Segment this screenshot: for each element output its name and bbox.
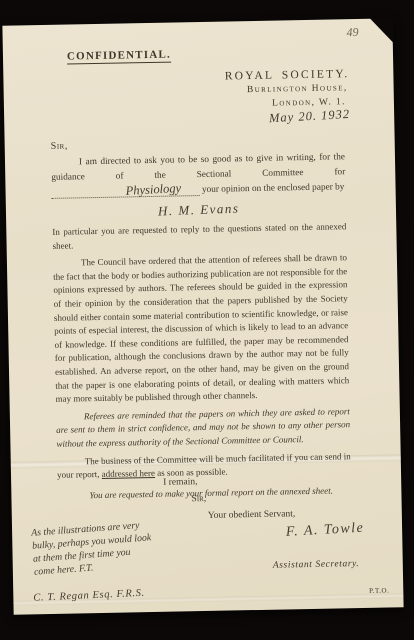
paragraph-request-tail: your opinion on the enclosed paper by [202, 182, 345, 195]
signature-title: Assistant Secretary. [273, 559, 360, 571]
addressed-here-underlined: addressed here [102, 468, 155, 479]
paragraph-request: I am directed to ask you to be so good a… [51, 150, 346, 201]
confidential-stamp: CONFIDENTIAL. [67, 49, 171, 65]
paragraph-request-lead: I am directed to ask you to be so good a… [51, 152, 345, 183]
committee-blank-line: Physiology [51, 183, 199, 199]
closing-obedient-servant: Your obedient Servant, [208, 506, 296, 525]
paragraph-annexed-sheet: In particular you are requested to reply… [52, 220, 346, 253]
paragraph-council-order: The Council have ordered that the attent… [53, 251, 350, 406]
handwritten-committee: Physiology [98, 183, 182, 198]
letterhead: ROYAL SOCIETY. Burlington House, London,… [49, 67, 350, 132]
pto-label: P.T.O. [369, 586, 389, 594]
closing-sir: Sir, [191, 489, 295, 508]
salutation: Sir, [51, 135, 345, 152]
author-line: H. M. Evans [52, 198, 346, 222]
letter-page: 49 CONFIDENTIAL. ROYAL SOCIETY. Burlingt… [2, 18, 403, 614]
handwritten-author: H. M. Evans [158, 201, 240, 220]
scan-background: 49 CONFIDENTIAL. ROYAL SOCIETY. Burlingt… [0, 0, 414, 640]
paragraph-confidence-reminder: Referees are reminded that the papers on… [56, 405, 351, 451]
